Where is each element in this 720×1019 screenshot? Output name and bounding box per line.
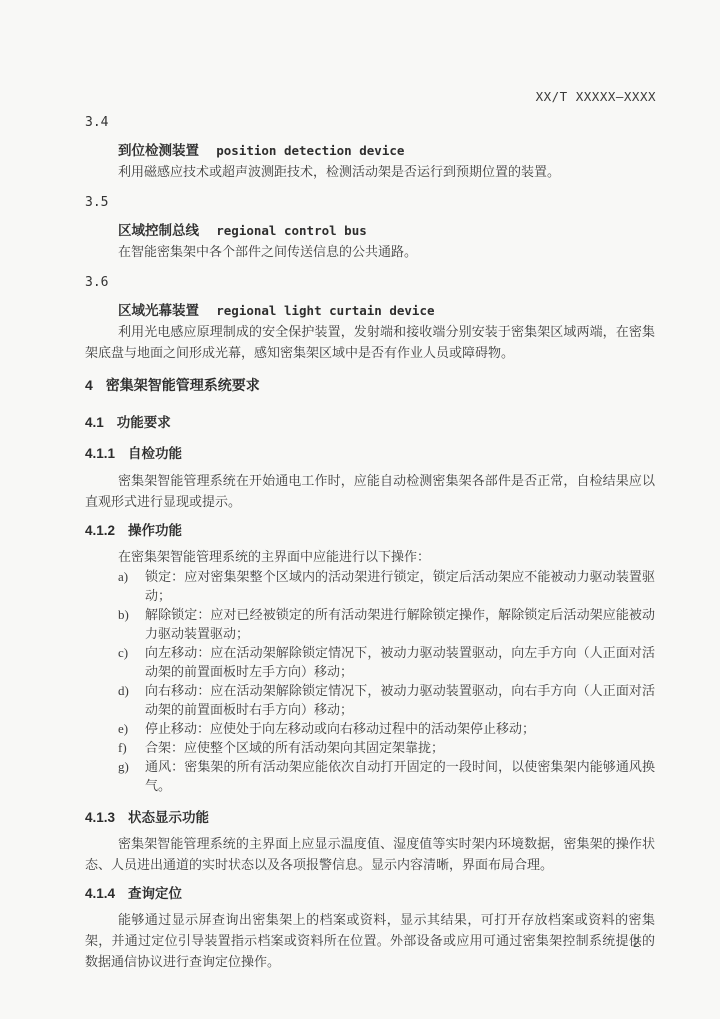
list-item-b: b) 解除锁定：应对已经被锁定的所有活动架进行解除锁定操作，解除锁定后活动架应能… [85, 605, 655, 643]
term-name-en: regional light curtain device [216, 303, 434, 318]
item-label: g) [118, 757, 145, 795]
page-number: 2 [633, 936, 640, 950]
section-number: 4.1.1 [85, 446, 115, 461]
section-body: 密集架智能管理系统在开始通电工作时，应能自动检测密集架各部件是否正常，自检结果应… [85, 470, 655, 512]
section-body: 密集架智能管理系统的主界面上应显示温度值、湿度值等实时架内环境数据，密集架的操作… [85, 833, 655, 875]
section-title: 功能要求 [117, 415, 171, 430]
section-heading-4-1-1: 4.1.1自检功能 [85, 443, 655, 464]
term-name-cn: 区域光幕装置 [118, 303, 199, 318]
term-title: 区域光幕装置 regional light curtain device [118, 300, 655, 321]
term-definition: 利用磁感应技术或超声波测距技术，检测活动架是否运行到预期位置的装置。 [85, 161, 655, 182]
document-header: XX/T XXXXX—XXXX [536, 88, 656, 106]
chapter-heading: 4密集架智能管理系统要求 [85, 375, 655, 396]
section-heading-4-1-4: 4.1.4查询定位 [85, 883, 655, 904]
chapter-number: 4 [85, 377, 93, 393]
operations-intro: 在密集架智能管理系统的主界面中应能进行以下操作： [85, 546, 655, 567]
item-text: 通风：密集架的所有活动架应能依次自动打开固定的一段时间，以使密集架内能够通风换气… [145, 757, 655, 795]
item-text: 向左移动：应在活动架解除锁定情况下，被动力驱动装置驱动，向左手方向（人正面对活动… [145, 643, 655, 681]
section-heading-4-1: 4.1功能要求 [85, 412, 655, 433]
section-title: 自检功能 [128, 446, 182, 461]
list-item-e: e) 停止移动：应使处于向左移动或向右移动过程中的活动架停止移动； [85, 719, 655, 738]
term-number: 3.6 [85, 272, 655, 293]
section-number: 4.1.3 [85, 810, 115, 825]
document-page: XX/T XXXXX—XXXX 3.4 到位检测装置 position dete… [0, 0, 720, 1019]
section-title: 操作功能 [128, 523, 182, 538]
term-name-cn: 区域控制总线 [118, 223, 199, 238]
term-section-3-4: 3.4 到位检测装置 position detection device 利用磁… [85, 112, 655, 182]
term-title: 区域控制总线 regional control bus [118, 220, 655, 241]
item-text: 向右移动：应在活动架解除锁定情况下，被动力驱动装置驱动，向右手方向（人正面对活动… [145, 681, 655, 719]
term-name-cn: 到位检测装置 [118, 143, 199, 158]
term-name-en: regional control bus [216, 223, 367, 238]
item-label: a) [118, 567, 145, 605]
term-name-en: position detection device [216, 143, 404, 158]
item-label: b) [118, 605, 145, 643]
section-number: 4.1.2 [85, 523, 115, 538]
term-section-3-6: 3.6 区域光幕装置 regional light curtain device… [85, 272, 655, 363]
item-text: 锁定：应对密集架整个区域内的活动架进行锁定，锁定后活动架应不能被动力驱动装置驱动… [145, 567, 655, 605]
term-number: 3.5 [85, 192, 655, 213]
standard-number: XX/T XXXXX—XXXX [536, 89, 656, 104]
list-item-g: g) 通风：密集架的所有活动架应能依次自动打开固定的一段时间，以使密集架内能够通… [85, 757, 655, 795]
section-number: 4.1.4 [85, 886, 115, 901]
item-text: 停止移动：应使处于向左移动或向右移动过程中的活动架停止移动； [145, 719, 655, 738]
section-body: 能够通过显示屏查询出密集架上的档案或资料，显示其结果，可打开存放档案或资料的密集… [85, 909, 655, 972]
item-label: d) [118, 681, 145, 719]
list-item-c: c) 向左移动：应在活动架解除锁定情况下，被动力驱动装置驱动，向左手方向（人正面… [85, 643, 655, 681]
item-label: f) [118, 738, 145, 757]
term-number: 3.4 [85, 112, 655, 133]
operations-list: a) 锁定：应对密集架整个区域内的活动架进行锁定，锁定后活动架应不能被动力驱动装… [85, 567, 655, 795]
term-definition: 在智能密集架中各个部件之间传送信息的公共通路。 [85, 241, 655, 262]
section-number: 4.1 [85, 415, 104, 430]
section-title: 查询定位 [128, 886, 182, 901]
item-text: 解除锁定：应对已经被锁定的所有活动架进行解除锁定操作，解除锁定后活动架应能被动力… [145, 605, 655, 643]
list-item-f: f) 合架：应使整个区域的所有活动架向其固定架靠拢； [85, 738, 655, 757]
document-footer: 2 [633, 934, 640, 952]
term-definition: 利用光电感应原理制成的安全保护装置，发射端和接收端分别安装于密集架区域两端，在密… [85, 321, 655, 363]
chapter-title: 密集架智能管理系统要求 [106, 377, 260, 393]
list-item-a: a) 锁定：应对密集架整个区域内的活动架进行锁定，锁定后活动架应不能被动力驱动装… [85, 567, 655, 605]
term-section-3-5: 3.5 区域控制总线 regional control bus 在智能密集架中各… [85, 192, 655, 262]
item-label: e) [118, 719, 145, 738]
term-title: 到位检测装置 position detection device [118, 140, 655, 161]
section-heading-4-1-3: 4.1.3状态显示功能 [85, 807, 655, 828]
item-label: c) [118, 643, 145, 681]
item-text: 合架：应使整个区域的所有活动架向其固定架靠拢； [145, 738, 655, 757]
list-item-d: d) 向右移动：应在活动架解除锁定情况下，被动力驱动装置驱动，向右手方向（人正面… [85, 681, 655, 719]
section-heading-4-1-2: 4.1.2操作功能 [85, 520, 655, 541]
section-title: 状态显示功能 [128, 810, 209, 825]
document-body: 3.4 到位检测装置 position detection device 利用磁… [0, 0, 720, 972]
